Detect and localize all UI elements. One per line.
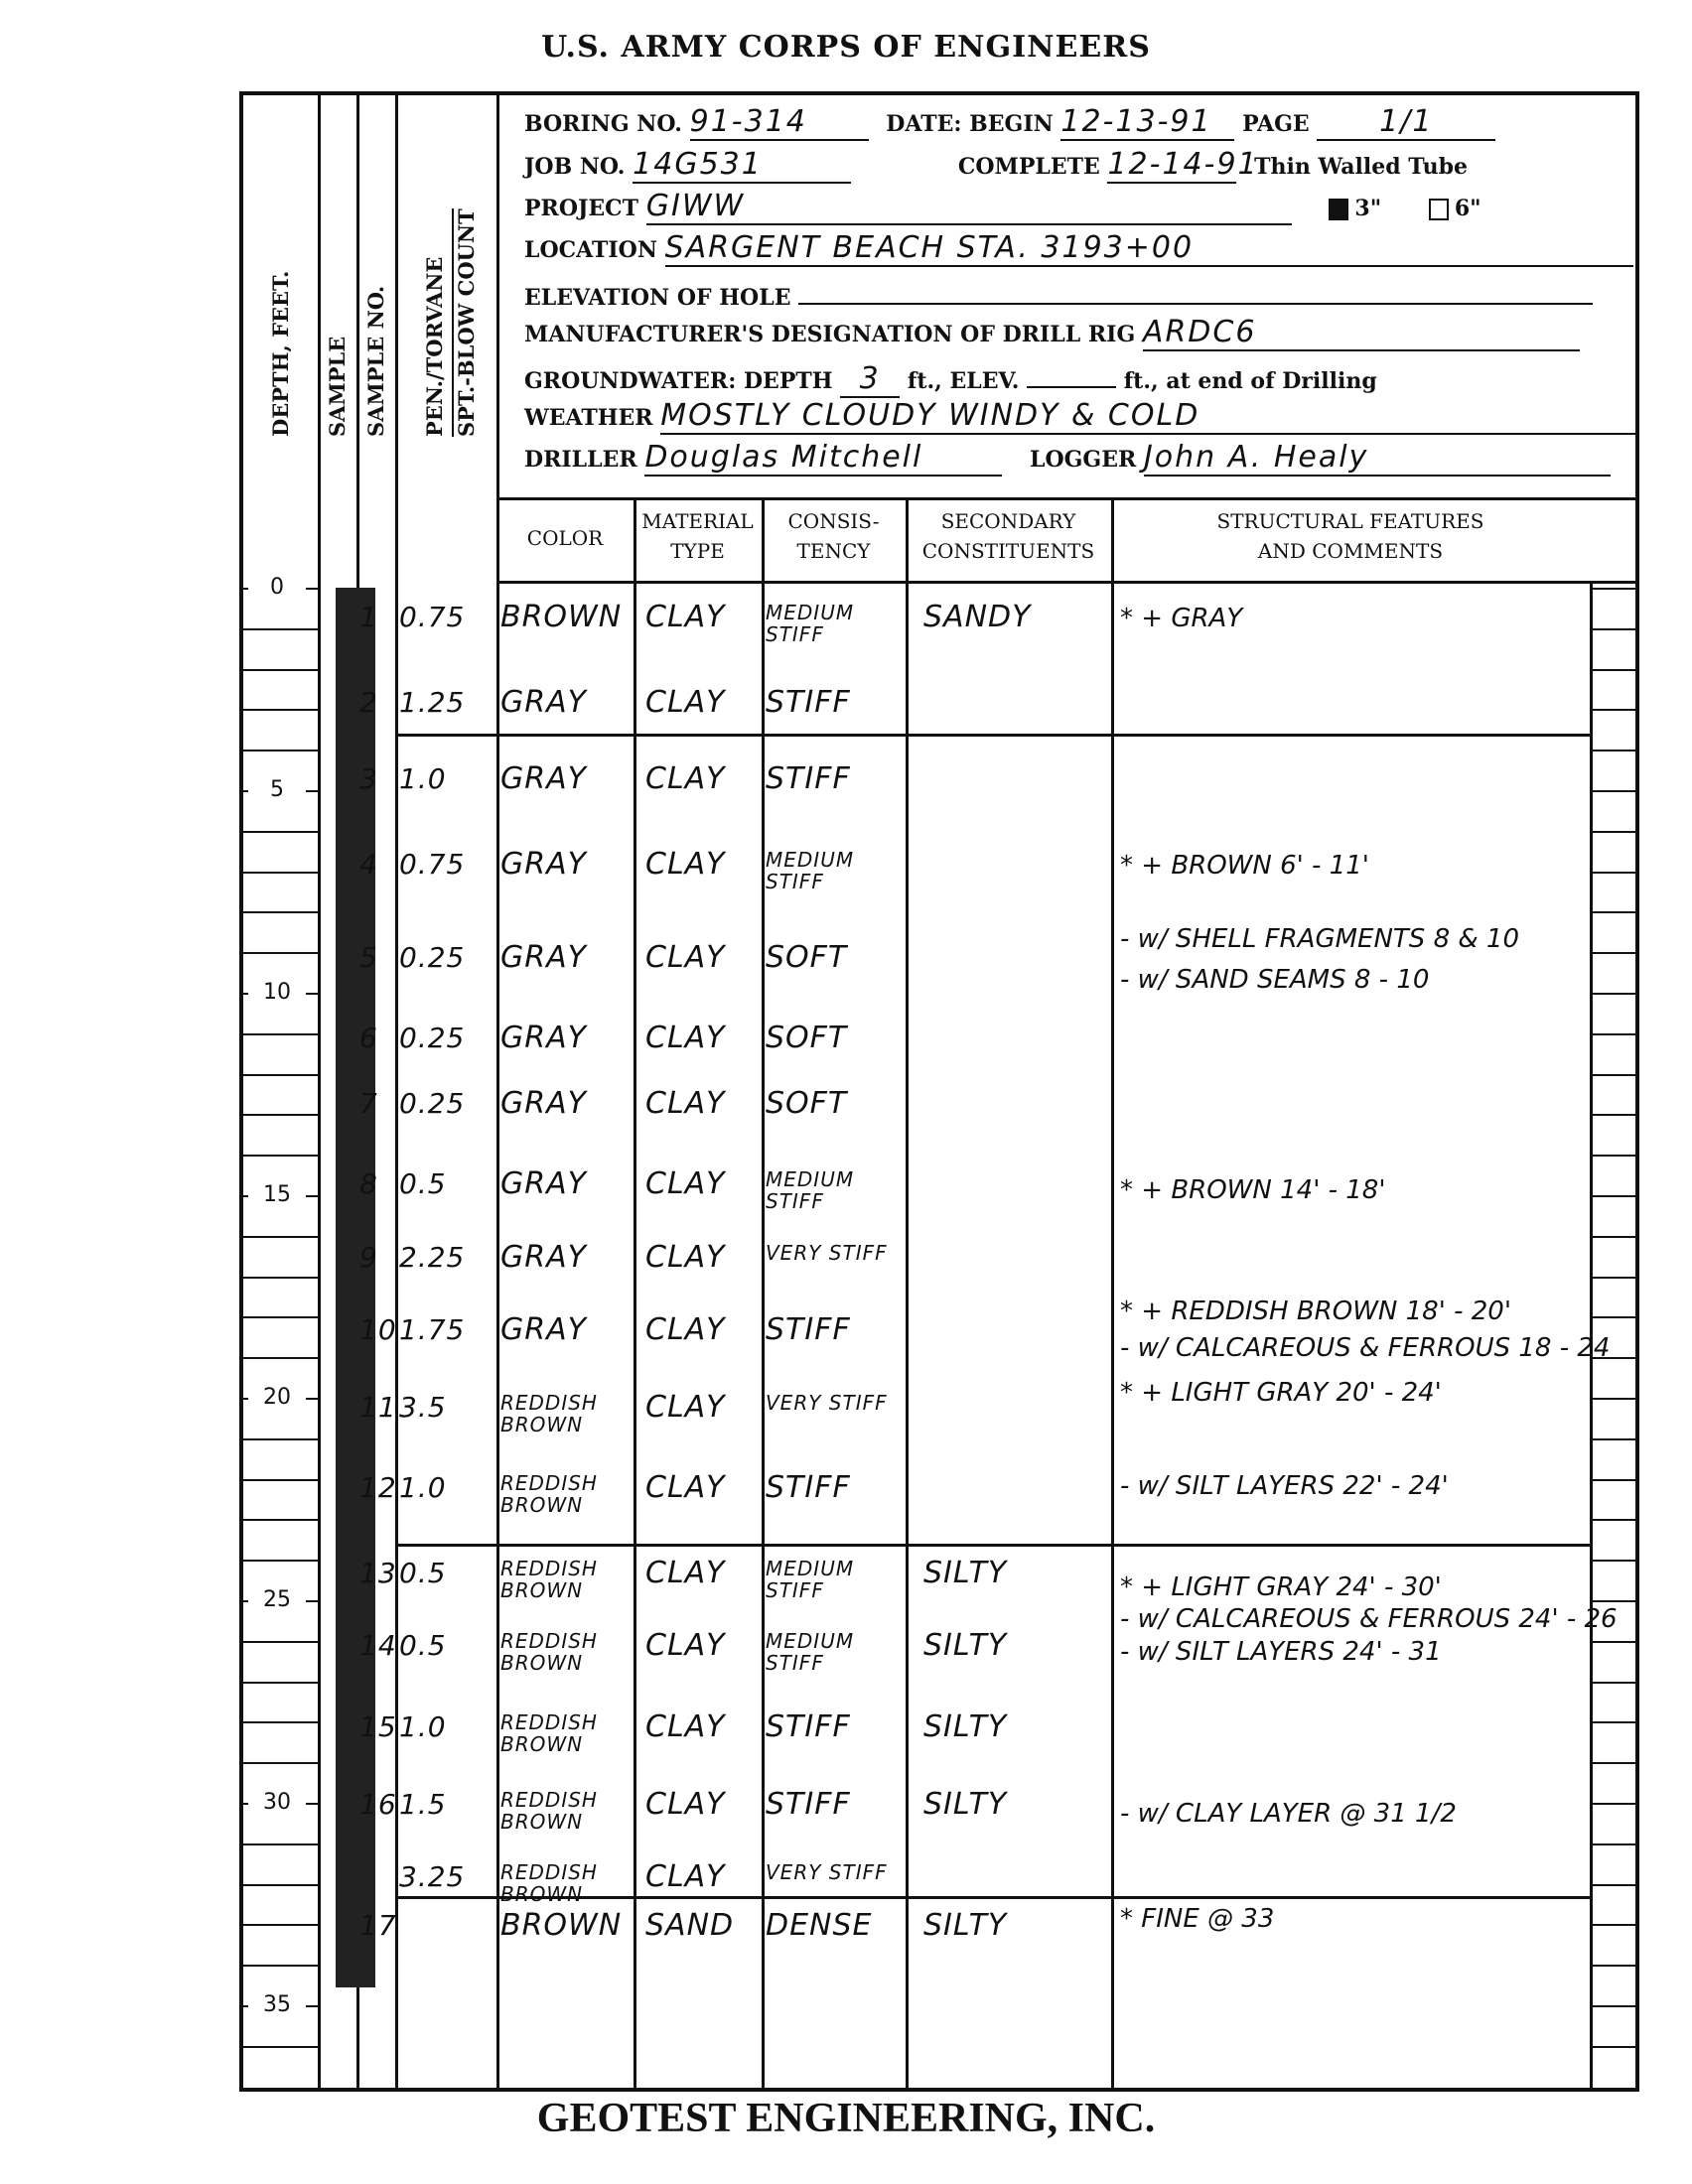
consistency-cell: SOFT: [766, 1088, 905, 1120]
structural-comment: - w/ SILT LAYERS 22' - 24': [1120, 1471, 1449, 1501]
depth-tick: [243, 1033, 318, 1035]
scale-tick-right: [1590, 2005, 1639, 2007]
scale-tick-right: [1590, 1560, 1639, 1562]
structural-comment: - w/ SILT LAYERS 24' - 31: [1120, 1637, 1442, 1667]
column-header-structural: STRUCTURAL FEATURESAND COMMENTS: [1111, 506, 1590, 566]
pen-cell: 0.5: [399, 1168, 494, 1200]
color-cell: REDDISH BROWN: [500, 1558, 632, 1601]
scale-tick-right: [1590, 1519, 1639, 1521]
material-cell: CLAY: [645, 1242, 760, 1274]
tube-label: Thin Walled Tube: [1254, 154, 1468, 180]
material-cell: CLAY: [645, 1558, 760, 1589]
scale-tick-right: [1590, 1924, 1639, 1926]
structural-comment: - w/ CALCAREOUS & FERROUS 24' - 26: [1120, 1604, 1618, 1634]
depth-label: 5: [248, 778, 306, 802]
scale-tick-right: [1590, 1438, 1639, 1440]
depth-label: 35: [248, 1993, 306, 2017]
pen-cell: 0.5: [399, 1630, 494, 1662]
consistency-cell: MEDIUM STIFF: [766, 1630, 905, 1674]
scale-tick-right: [1590, 1074, 1639, 1076]
divider-consistency-secondary: [906, 497, 909, 2092]
scale-tick-right: [1590, 1600, 1639, 1602]
scale-tick-right: [1590, 1762, 1639, 1764]
material-cell: CLAY: [645, 1023, 760, 1054]
rig-row: MANUFACTURER'S DESIGNATION OF DRILL RIG …: [524, 315, 1580, 351]
secondary-cell: SILTY: [923, 1789, 1107, 1821]
checkbox-empty-icon[interactable]: [1429, 199, 1449, 220]
weather-label: WEATHER: [524, 405, 653, 431]
location-field[interactable]: SARGENT BEACH STA. 3193+00: [665, 230, 1633, 267]
sample-no-cell: 6: [359, 1023, 395, 1054]
structural-comment: * + BROWN 14' - 18': [1120, 1175, 1385, 1205]
groundwater-elev-label: ft., ELEV.: [908, 368, 1020, 394]
depth-tick: [243, 2046, 318, 2048]
consistency-cell: MEDIUM STIFF: [766, 1558, 905, 1601]
pen-cell: 0.25: [399, 1023, 494, 1054]
sample-no-cell: 7: [359, 1088, 395, 1120]
location-label: LOCATION: [524, 237, 657, 263]
color-cell: GRAY: [500, 763, 632, 795]
sample-no-cell: 10: [359, 1314, 395, 1346]
elevation-field[interactable]: [798, 273, 1593, 305]
info-bottom-border: [496, 497, 1639, 500]
structural-comment: * + LIGHT GRAY 24' - 30': [1120, 1572, 1442, 1602]
boring-row: BORING NO. 91-314 DATE: BEGIN 12-13-91 P…: [524, 104, 1495, 141]
tube-6in-option[interactable]: 6": [1429, 196, 1481, 221]
sample-no-cell: 5: [359, 942, 395, 974]
sample-no-cell: 16: [359, 1789, 395, 1821]
divider-secondary-comments: [1111, 497, 1114, 2092]
sample-core-bar: [336, 588, 375, 1987]
structural-comment: - w/ CLAY LAYER @ 31 1/2: [1120, 1799, 1457, 1829]
driller-field[interactable]: Douglas Mitchell: [644, 440, 1002, 477]
depth-label: 30: [248, 1791, 306, 1815]
consistency-cell: VERY STIFF: [766, 1861, 905, 1883]
structural-comment: * + LIGHT GRAY 20' - 24': [1120, 1378, 1442, 1408]
project-label: PROJECT: [524, 196, 638, 221]
depth-tick: [243, 911, 318, 913]
weather-field[interactable]: MOSTLY CLOUDY WINDY & COLD: [660, 398, 1638, 435]
consistency-cell: VERY STIFF: [766, 1392, 905, 1414]
sample-no-cell: 2: [359, 687, 395, 719]
pen-cell: 0.25: [399, 942, 494, 974]
depth-tick: [243, 1519, 318, 1521]
scale-tick-right: [1590, 1195, 1639, 1197]
sample-no-cell: 4: [359, 849, 395, 881]
groundwater-depth-field[interactable]: 3: [840, 361, 900, 398]
boring-no-label: BORING NO.: [524, 111, 682, 137]
structural-comment: * + REDDISH BROWN 18' - 20': [1120, 1297, 1511, 1326]
date-begin-label: DATE: BEGIN: [886, 111, 1053, 137]
consistency-cell: STIFF: [766, 1789, 905, 1821]
sample-no-cell: 15: [359, 1711, 395, 1743]
rig-label: MANUFACTURER'S DESIGNATION OF DRILL RIG: [524, 322, 1135, 347]
depth-label: 10: [248, 981, 306, 1005]
pen-cell: 0.25: [399, 1088, 494, 1120]
depth-tick: [243, 1843, 318, 1845]
pen-cell: 1.0: [399, 1711, 494, 1743]
structural-comment: - w/ CALCAREOUS & FERROUS 18 - 24: [1120, 1333, 1610, 1363]
scale-tick-right: [1590, 709, 1639, 711]
scale-tick-right: [1590, 669, 1639, 671]
scale-tick-right: [1590, 1803, 1639, 1805]
pen-cell: 3.5: [399, 1392, 494, 1424]
depth-label: 0: [248, 576, 306, 600]
consistency-cell: MEDIUM STIFF: [766, 602, 905, 645]
pen-cell: 0.5: [399, 1558, 494, 1589]
scale-tick-right: [1590, 1884, 1639, 1886]
page-label: PAGE: [1242, 111, 1310, 137]
depth-tick: [243, 1479, 318, 1481]
divider-material-consistency: [762, 497, 765, 2092]
color-cell: REDDISH BROWN: [500, 1789, 632, 1833]
project-row: PROJECT GIWW 3" 6": [524, 189, 1481, 225]
sample-no-cell: 3: [359, 763, 395, 795]
color-cell: BROWN: [500, 1910, 632, 1942]
depth-tick: [243, 1560, 318, 1562]
scale-tick-right: [1590, 911, 1639, 913]
column-header-consistency: CONSIS-TENCY: [762, 506, 906, 566]
secondary-cell: SILTY: [923, 1910, 1107, 1942]
structural-comment: * + BROWN 6' - 11': [1120, 851, 1369, 881]
column-header-material: MATERIALTYPE: [634, 506, 762, 566]
depth-label: 15: [248, 1183, 306, 1207]
divider-pen-color: [496, 91, 499, 2092]
depth-tick: [243, 1357, 318, 1359]
consistency-cell: STIFF: [766, 763, 905, 795]
logger-field[interactable]: John A. Healy: [1144, 440, 1611, 477]
depth-tick: [243, 1155, 318, 1157]
depth-tick: [243, 1762, 318, 1764]
page-field[interactable]: 1/1: [1317, 104, 1495, 141]
color-cell: GRAY: [500, 1168, 632, 1200]
scale-tick-right: [1590, 1479, 1639, 1481]
date-complete-field[interactable]: 12-14-91: [1107, 147, 1236, 184]
secondary-cell: SILTY: [923, 1711, 1107, 1743]
color-cell: REDDISH BROWN: [500, 1472, 632, 1516]
sample-no-cell: 12: [359, 1472, 395, 1504]
sample-no-cell: 9: [359, 1242, 395, 1274]
depth-tick: [243, 1721, 318, 1723]
consistency-cell: MEDIUM STIFF: [766, 1168, 905, 1212]
pen-cell: 1.25: [399, 687, 494, 719]
pen-cell: 0.75: [399, 602, 494, 633]
scale-tick-right: [1590, 628, 1639, 630]
color-cell: BROWN: [500, 602, 632, 633]
column-header-sample-no: SAMPLE NO.: [363, 286, 388, 437]
divider-depth-sample: [318, 91, 321, 2092]
secondary-cell: SILTY: [923, 1630, 1107, 1662]
sample-no-cell: 13: [359, 1558, 395, 1589]
scale-tick-right: [1590, 1965, 1639, 1967]
material-cell: CLAY: [645, 1088, 760, 1120]
scale-tick-right: [1590, 872, 1639, 874]
rig-field[interactable]: ARDC6: [1143, 315, 1580, 351]
company-footer: GEOTEST ENGINEERING, INC.: [0, 2095, 1692, 2142]
depth-tick: [243, 1682, 318, 1684]
material-cell: CLAY: [645, 1472, 760, 1504]
column-header-secondary: SECONDARYCONSTITUENTS: [906, 506, 1111, 566]
column-header-depth: DEPTH, FEET.: [268, 271, 293, 437]
elevation-label: ELEVATION OF HOLE: [524, 285, 790, 311]
pen-cell: 3.25: [399, 1861, 494, 1893]
consistency-cell: VERY STIFF: [766, 1242, 905, 1264]
sample-no-cell: 8: [359, 1168, 395, 1200]
depth-tick: [243, 1438, 318, 1440]
depth-label: 20: [248, 1386, 306, 1410]
scale-tick-right: [1590, 1114, 1639, 1116]
structural-comment: * FINE @ 33: [1120, 1904, 1274, 1934]
scale-tick-right: [1590, 1641, 1639, 1643]
depth-tick: [243, 628, 318, 630]
depth-tick: [243, 709, 318, 711]
pen-cell: 1.0: [399, 1472, 494, 1504]
consistency-cell: STIFF: [766, 1711, 905, 1743]
scale-tick-right: [1590, 790, 1639, 792]
location-row: LOCATION SARGENT BEACH STA. 3193+00: [524, 230, 1633, 267]
depth-tick: [243, 952, 318, 954]
sample-no-cell: 1: [359, 602, 395, 633]
complete-label: COMPLETE: [958, 154, 1100, 180]
job-row: JOB NO. 14G531 COMPLETE 12-14-91 Thin Wa…: [524, 147, 1468, 184]
color-cell: GRAY: [500, 849, 632, 881]
consistency-cell: STIFF: [766, 687, 905, 719]
color-cell: REDDISH BROWN: [500, 1861, 632, 1905]
material-cell: CLAY: [645, 1630, 760, 1662]
column-header-spt-blow: SPT.-BLOW COUNT: [452, 208, 479, 437]
structural-comment: - w/ SAND SEAMS 8 - 10: [1120, 965, 1429, 995]
depth-tick: [243, 1965, 318, 1967]
consistency-cell: SOFT: [766, 942, 905, 974]
weather-row: WEATHER MOSTLY CLOUDY WINDY & COLD: [524, 398, 1638, 435]
pen-cell: 0.75: [399, 849, 494, 881]
pen-cell: 1.75: [399, 1314, 494, 1346]
tube-3in-option[interactable]: 3": [1329, 196, 1381, 221]
divider-color-material: [634, 497, 636, 2092]
groundwater-elev-field[interactable]: [1027, 356, 1116, 388]
consistency-cell: STIFF: [766, 1314, 905, 1346]
column-header-pen-torvane: PEN./TORVANE: [422, 257, 447, 437]
agency-title: U.S. ARMY CORPS OF ENGINEERS: [0, 30, 1692, 65]
consistency-cell: DENSE: [766, 1910, 905, 1942]
scale-tick-right: [1590, 1155, 1639, 1157]
groundwater-label: GROUNDWATER: DEPTH: [524, 368, 833, 394]
scale-tick-right: [1590, 1236, 1639, 1238]
groundwater-row: GROUNDWATER: DEPTH 3 ft., ELEV. ft., at …: [524, 356, 1377, 398]
job-no-label: JOB NO.: [524, 154, 625, 180]
driller-label: DRILLER: [524, 447, 637, 473]
depth-tick: [243, 750, 318, 751]
depth-tick: [243, 1884, 318, 1886]
scale-tick-right: [1590, 750, 1639, 751]
sample-no-cell: 17: [359, 1910, 395, 1942]
material-cell: CLAY: [645, 1392, 760, 1424]
scale-tick-right: [1590, 1398, 1639, 1400]
consistency-cell: SOFT: [766, 1023, 905, 1054]
scale-tick-right: [1590, 993, 1639, 995]
depth-tick: [243, 669, 318, 671]
consistency-cell: STIFF: [766, 1472, 905, 1504]
depth-tick: [243, 1924, 318, 1926]
scale-tick-right: [1590, 2046, 1639, 2048]
date-begin-field[interactable]: 12-13-91: [1060, 104, 1234, 141]
color-cell: GRAY: [500, 1314, 632, 1346]
color-cell: REDDISH BROWN: [500, 1630, 632, 1674]
scale-tick-right: [1590, 1843, 1639, 1845]
scale-tick-right: [1590, 1721, 1639, 1723]
job-no-field[interactable]: 14G531: [633, 147, 851, 184]
depth-tick: [243, 872, 318, 874]
logger-label: LOGGER: [1030, 447, 1136, 473]
structural-comment: * + GRAY: [1120, 604, 1242, 633]
material-cell: CLAY: [645, 942, 760, 974]
material-cell: SAND: [645, 1910, 760, 1942]
scale-tick-right: [1590, 1277, 1639, 1279]
groundwater-end-label: ft., at end of Drilling: [1124, 368, 1377, 394]
depth-tick: [243, 1114, 318, 1116]
row-divider: [395, 1544, 1590, 1547]
consistency-cell: MEDIUM STIFF: [766, 849, 905, 892]
depth-tick: [243, 1316, 318, 1318]
color-cell: GRAY: [500, 1088, 632, 1120]
secondary-cell: SANDY: [923, 602, 1107, 633]
material-cell: CLAY: [645, 1789, 760, 1821]
scale-tick-right: [1590, 831, 1639, 833]
color-cell: GRAY: [500, 1023, 632, 1054]
pen-cell: 2.25: [399, 1242, 494, 1274]
color-cell: REDDISH BROWN: [500, 1392, 632, 1435]
sample-no-cell: 11: [359, 1392, 395, 1424]
color-cell: GRAY: [500, 1242, 632, 1274]
project-field[interactable]: GIWW: [646, 189, 1292, 225]
depth-tick: [243, 831, 318, 833]
scale-tick-right: [1590, 1682, 1639, 1684]
column-header-bottom: [496, 581, 1639, 584]
scale-tick-right: [1590, 1033, 1639, 1035]
boring-no-field[interactable]: 91-314: [690, 104, 869, 141]
material-cell: CLAY: [645, 849, 760, 881]
material-cell: CLAY: [645, 1861, 760, 1893]
material-cell: CLAY: [645, 1168, 760, 1200]
depth-tick: [243, 1277, 318, 1279]
checkbox-checked-icon[interactable]: [1329, 199, 1348, 220]
color-cell: GRAY: [500, 687, 632, 719]
material-cell: CLAY: [645, 763, 760, 795]
color-cell: GRAY: [500, 942, 632, 974]
column-header-color: COLOR: [496, 523, 634, 553]
elevation-row: ELEVATION OF HOLE: [524, 273, 1593, 311]
depth-tick: [243, 1074, 318, 1076]
sample-no-cell: 14: [359, 1630, 395, 1662]
material-cell: CLAY: [645, 602, 760, 633]
secondary-cell: SILTY: [923, 1558, 1107, 1589]
material-cell: CLAY: [645, 1711, 760, 1743]
scale-tick-right: [1590, 1316, 1639, 1318]
pen-cell: 1.5: [399, 1789, 494, 1821]
pen-cell: 1.0: [399, 763, 494, 795]
column-header-sample: SAMPLE: [325, 337, 350, 437]
row-divider: [395, 734, 1590, 737]
structural-comment: - w/ SHELL FRAGMENTS 8 & 10: [1120, 924, 1519, 954]
material-cell: CLAY: [645, 1314, 760, 1346]
depth-tick: [243, 1236, 318, 1238]
material-cell: CLAY: [645, 687, 760, 719]
color-cell: REDDISH BROWN: [500, 1711, 632, 1755]
driller-row: DRILLER Douglas Mitchell LOGGER John A. …: [524, 440, 1611, 477]
scale-tick-right: [1590, 952, 1639, 954]
scale-tick-right: [1590, 588, 1639, 590]
depth-label: 25: [248, 1588, 306, 1612]
depth-tick: [243, 1641, 318, 1643]
